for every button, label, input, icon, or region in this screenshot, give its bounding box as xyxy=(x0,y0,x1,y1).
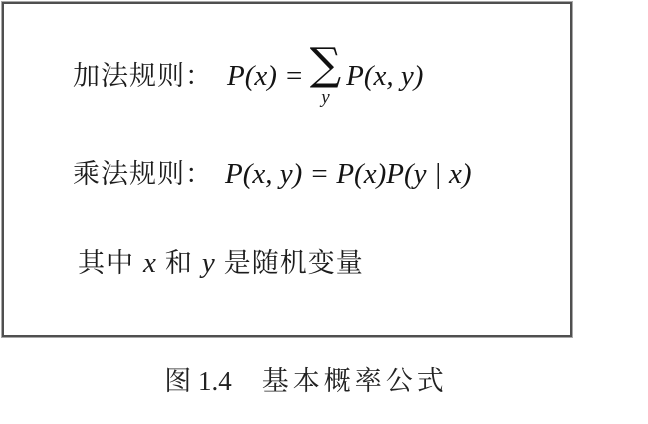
note-prefix: 其中 xyxy=(78,250,134,277)
variables-note-line: 其中 x 和 y 是随机变量 xyxy=(78,244,364,282)
note-variable-x: x xyxy=(143,249,156,278)
caption-figure-number: 图 1.4 xyxy=(164,368,232,395)
caption-title: 基本概率公式 xyxy=(262,368,448,395)
note-suffix: 是随机变量 xyxy=(224,250,364,277)
summation-block: ∑ y xyxy=(310,45,341,107)
figure-caption: 图 1.4 基本概率公式 xyxy=(0,362,612,400)
product-rule-formula: P(x, y) = P(x)P(y | x) xyxy=(225,160,472,189)
sum-rule-line: 加法规则： P(x) = ∑ y P(x, y) xyxy=(73,42,423,110)
sum-rule-formula-rhs: P(x, y) xyxy=(346,62,423,91)
sum-rule-label: 加法规则： xyxy=(73,63,213,90)
sum-rule-formula-lhs: P(x) = xyxy=(227,62,304,91)
note-conjunction: 和 xyxy=(165,250,193,277)
sum-subscript: y xyxy=(321,88,329,107)
formula-box: 加法规则： P(x) = ∑ y P(x, y) 乘法规则： P(x, y) =… xyxy=(2,2,572,337)
sigma-sum-icon: ∑ xyxy=(310,45,341,85)
product-rule-label: 乘法规则： xyxy=(73,161,213,188)
figure-page: 加法规则： P(x) = ∑ y P(x, y) 乘法规则： P(x, y) =… xyxy=(0,0,648,424)
note-variable-y: y xyxy=(202,249,215,278)
product-rule-line: 乘法规则： P(x, y) = P(x)P(y | x) xyxy=(73,152,472,196)
